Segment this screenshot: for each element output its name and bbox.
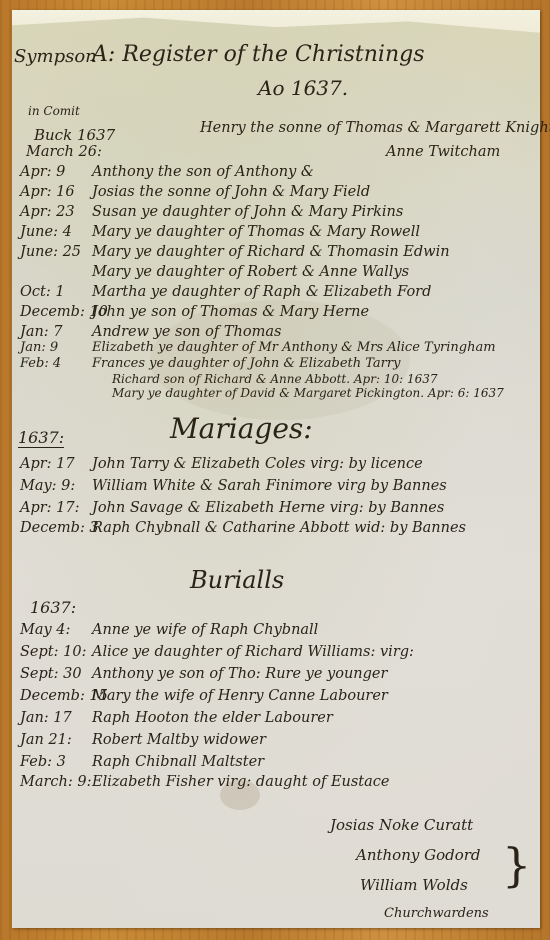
marriages-heading: Mariages: [170, 412, 313, 445]
christening-entry: June: 25Mary ye daughter of Richard & Th… [0, 244, 540, 260]
burial-entry: Feb: 3Raph Chibnall Maltster [0, 754, 540, 770]
christening-entry: Apr: 16Josias the sonne of John & Mary F… [0, 184, 540, 200]
christening-entry: Decemb: 10John ye son of Thomas & Mary H… [0, 304, 540, 320]
burial-entry: Sept: 30Anthony ye son of Tho: Rure ye y… [0, 666, 540, 682]
churchwarden-signature: Anthony Godord [356, 846, 481, 864]
margin-county-note: in Comit [28, 104, 80, 118]
register-year: Ao 1637. [258, 76, 348, 100]
christening-entry: Feb: 4Frances ye daughter of John & Eliz… [0, 356, 540, 371]
margin-place-year: Buck 1637 [34, 126, 115, 144]
christening-entry: June: 4Mary ye daughter of Thomas & Mary… [0, 224, 540, 240]
churchwardens-label: Churchwardens [384, 906, 489, 921]
christening-entry: Richard son of Richard & Anne Abbott. Ap… [20, 372, 550, 386]
marriage-entry: Apr: 17John Tarry & Elizabeth Coles virg… [0, 456, 540, 472]
marriage-entry: Decemb: 3Raph Chybnall & Catharine Abbot… [0, 520, 540, 536]
christening-entry: Henry the sonne of Thomas & Margarett Kn… [200, 120, 530, 136]
burial-entry: Jan 21:Robert Maltby widower [0, 732, 540, 748]
brace-mark: } [502, 838, 531, 892]
burial-entry: May 4:Anne ye wife of Raph Chybnall [0, 622, 540, 638]
marriage-entry: May: 9:William White & Sarah Finimore vi… [0, 478, 540, 494]
christening-entry: Oct: 1Martha ye daughter of Raph & Eliza… [0, 284, 540, 300]
curate-signature: Josias Noke Curatt [330, 816, 473, 834]
burials-year: 1637: [30, 598, 76, 617]
churchwarden-signature: William Wolds [360, 876, 468, 894]
burial-entry: Decemb: 15Mary the wife of Henry Canne L… [0, 688, 540, 704]
register-title: A: Register of the Christnings [92, 42, 425, 67]
burials-heading: Burialls [190, 566, 284, 594]
burial-entry: Sept: 10:Alice ye daughter of Richard Wi… [0, 644, 540, 660]
christening-entry: Mary ye daughter of David & Margaret Pic… [20, 386, 550, 400]
marriage-entry: Apr: 17:John Savage & Elizabeth Herne vi… [0, 500, 540, 516]
christening-entry: Mary ye daughter of Robert & Anne Wallys [0, 264, 540, 280]
christening-entry: Apr: 9Anthony the son of Anthony & [0, 164, 540, 180]
marriages-year: 1637: [18, 428, 64, 448]
christening-entry: Jan: 9Elizabeth ye daughter of Mr Anthon… [0, 340, 540, 355]
left-marker: Sympson [14, 46, 97, 67]
burial-entry: March: 9:Elizabeth Fisher virg: daught o… [0, 774, 540, 790]
christening-entry: March 26:Anne Twitcham [0, 144, 540, 160]
christening-entry: Jan: 7Andrew ye son of Thomas [0, 324, 540, 340]
burial-entry: Jan: 17Raph Hooton the elder Labourer [0, 710, 540, 726]
christening-entry: Apr: 23Susan ye daughter of John & Mary … [0, 204, 540, 220]
